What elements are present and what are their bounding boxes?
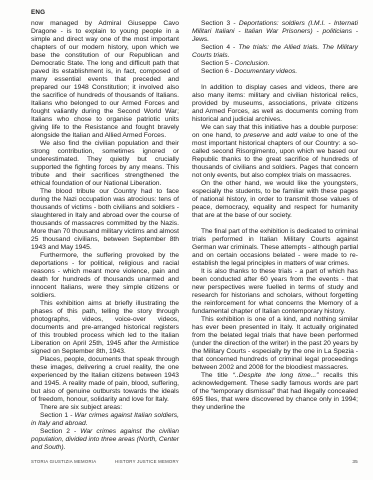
paragraph: Section 1 - War crimes against Italian s… [31, 412, 179, 428]
paragraph: This exhibition aims at briefly illustra… [31, 300, 179, 356]
text-run: “..Despite the long time...” [233, 372, 319, 379]
text-run: The title [201, 372, 233, 379]
text-run: This exhibition aims at briefly illustra… [31, 300, 179, 355]
text-run: Section 5 - [201, 60, 235, 67]
text-run: Section 3 - [201, 20, 239, 27]
text-run: It is also thanks to these trials - a pa… [192, 268, 358, 315]
text-run: Section 1 - [40, 412, 75, 419]
text-run: The final part of the exhibition is dedi… [192, 228, 358, 267]
footer-title-english: HISTORY JUSTICE MEMORY [115, 459, 179, 464]
text-run: Documentary videos. [235, 68, 298, 75]
paragraph: Section 6 - Documentary videos. [192, 68, 358, 76]
paragraph: This exhibition is one of a kind, and no… [192, 316, 358, 372]
paragraph: Furthermore, the suffering provoked by t… [31, 252, 179, 300]
text-run: Places, people, documents that speak thr… [31, 356, 179, 403]
text-run: and [270, 132, 286, 139]
paragraph: Places, people, documents that speak thr… [31, 356, 179, 404]
text-run: Section 4 - [201, 44, 238, 51]
text-columns: now managed by Admiral Giuseppe Cavo Dra… [31, 20, 358, 452]
paragraph: We also find the civilian population and… [31, 140, 179, 188]
page-footer: STORIA GIUSTIZIA MEMORIA HISTORY JUSTICE… [0, 459, 373, 469]
text-run: Section 6 - [201, 68, 235, 75]
footer-title-italian: STORIA GIUSTIZIA MEMORIA [31, 459, 96, 464]
paragraph: It is also thanks to these trials - a pa… [192, 268, 358, 316]
paragraph: The final part of the exhibition is dedi… [192, 228, 358, 268]
paragraph: Section 4 - The trials: the Allied trial… [192, 44, 358, 60]
paragraph: There are six subject areas: [31, 404, 179, 412]
paragraph: We can say that this initiative has a do… [192, 124, 358, 180]
paragraph: The blood tribute our Country had to fac… [31, 188, 179, 252]
paragraph: Section 2 - War crimes against the civil… [31, 428, 179, 452]
text-run: now managed by Admiral Giuseppe Cavo Dra… [31, 20, 179, 139]
language-label: ENG [31, 9, 45, 16]
paragraph: The title “..Despite the long time...” r… [192, 372, 358, 412]
text-run: In addition to display cases and videos,… [192, 84, 358, 123]
text-run: Conclusion. [235, 60, 270, 67]
text-run: Furthermore, the suffering provoked by t… [31, 252, 179, 299]
paragraph: Section 3 - Deportations: soldiers (I.M.… [192, 20, 358, 44]
left-text-column: now managed by Admiral Giuseppe Cavo Dra… [31, 20, 179, 452]
text-run: to one of the most important historical … [192, 132, 358, 179]
text-run: Section 2 - [40, 428, 80, 435]
text-run: This exhibition is one of a kind, and no… [192, 316, 358, 371]
text-run: We also find the civilian population and… [31, 140, 179, 187]
text-run: There are six subject areas: [40, 404, 122, 411]
text-run: add value [286, 132, 316, 139]
paragraph: Section 5 - Conclusion. [192, 60, 358, 68]
text-run: The blood tribute our Country had to fac… [31, 188, 179, 251]
right-text-column: Section 3 - Deportations: soldiers (I.M.… [192, 20, 358, 452]
paragraph: In addition to display cases and videos,… [192, 84, 358, 124]
text-run: preserve [244, 132, 270, 139]
paragraph: On the other hand, we would like the you… [192, 180, 358, 220]
document-page: ENG now managed by Admiral Giuseppe Cavo… [0, 0, 373, 480]
paragraph: now managed by Admiral Giuseppe Cavo Dra… [31, 20, 179, 140]
page-number: 35 [352, 459, 358, 464]
text-run: On the other hand, we would like the you… [192, 180, 358, 219]
